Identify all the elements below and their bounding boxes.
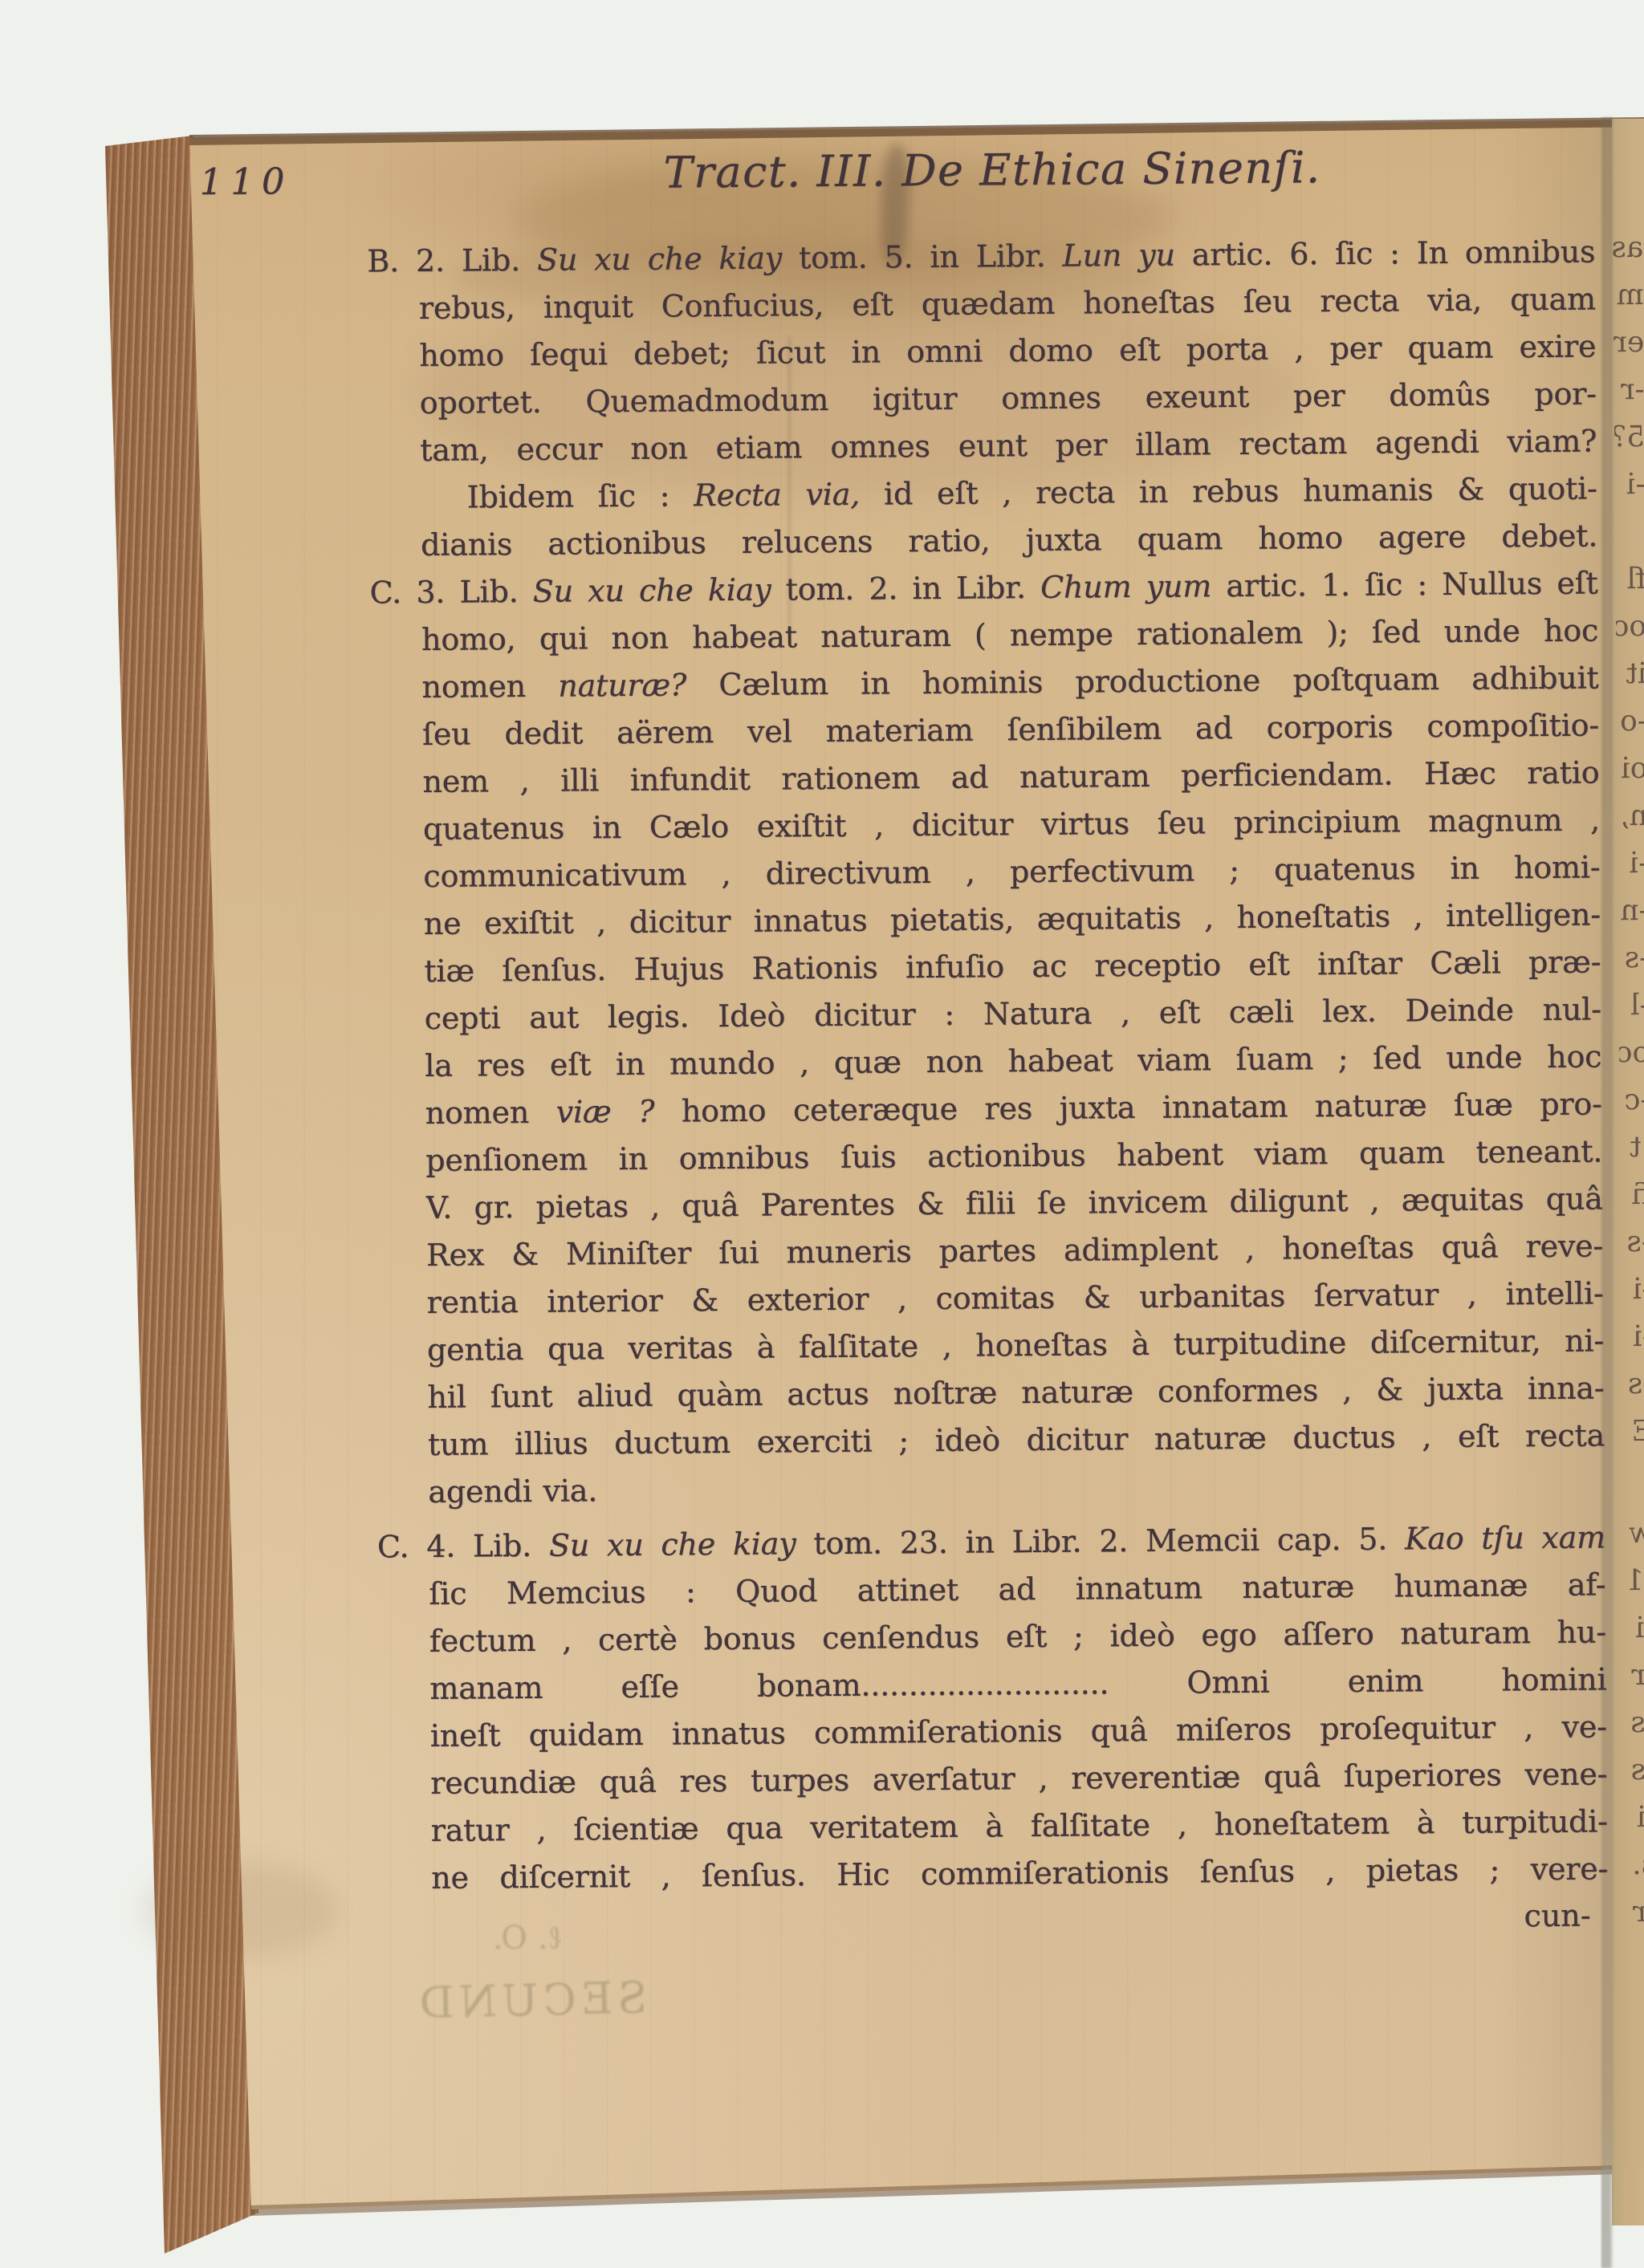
offset-fragment: -o (1617, 701, 1644, 746)
offset-fragment: -1 (1623, 1561, 1644, 1606)
offset-fragment: oi (1617, 749, 1644, 794)
offset-fragment: -i (1622, 1317, 1644, 1362)
offset-fragment: oc (1616, 607, 1644, 652)
offset-fragment: -r (1614, 370, 1644, 415)
offset-fragment: -s (1618, 938, 1644, 983)
offset-fragment: -s (1625, 1750, 1644, 1795)
offset-fragment: -r (1626, 1892, 1644, 1937)
offset-fragment: s. (1626, 1845, 1644, 1890)
offset-fragment: -i (1624, 1608, 1644, 1653)
offset-fragment: m (1613, 275, 1644, 320)
offset-fragment: -s (1622, 1364, 1644, 1409)
offset-fragment: -i (1621, 1270, 1644, 1315)
offset-fragment: ir (1624, 1656, 1644, 1701)
ghost-print: SECUND (414, 1972, 648, 2028)
offset-fragment: fi (1620, 1175, 1644, 1220)
offset-fragment: -i (1625, 1798, 1644, 1843)
offset-fragment: -c (1619, 1080, 1644, 1125)
offset-fragment: E (1622, 1412, 1644, 1457)
offset-fragment: -l (1619, 986, 1644, 1030)
offset-fragment: -i (1614, 465, 1644, 510)
offset-fragment: 5? (1614, 417, 1644, 462)
offset-fragment: -s (1625, 1703, 1644, 1748)
offset-fragment: .t (1620, 1128, 1644, 1173)
offset-fragment: fl (1615, 559, 1644, 604)
offset-fragment: oc (1619, 1033, 1644, 1078)
offset-fragment: n, (1618, 796, 1644, 841)
offset-fragment: er (1613, 323, 1644, 368)
ghost-mark: ℓ. O. (493, 1919, 564, 1957)
offset-fragment: w (1623, 1514, 1644, 1559)
offset-fragment: it (1616, 654, 1644, 699)
offset-fragment: -i (1618, 843, 1644, 888)
offset-fragment: -n (1618, 891, 1644, 936)
offset-fragment: -s (1621, 1222, 1644, 1267)
offset-fragments: asmer-r5?-iflocit-ooin,-i-n-s-loc-c.tfi-… (0, 0, 1644, 2268)
page-content: 110 Tract. III. De Ethica Sinenſi. B. 2.… (0, 0, 1644, 2268)
offset-fragment: as (1613, 228, 1643, 273)
scanned-page-photo: 110 Tract. III. De Ethica Sinenſi. B. 2.… (0, 0, 1644, 2268)
